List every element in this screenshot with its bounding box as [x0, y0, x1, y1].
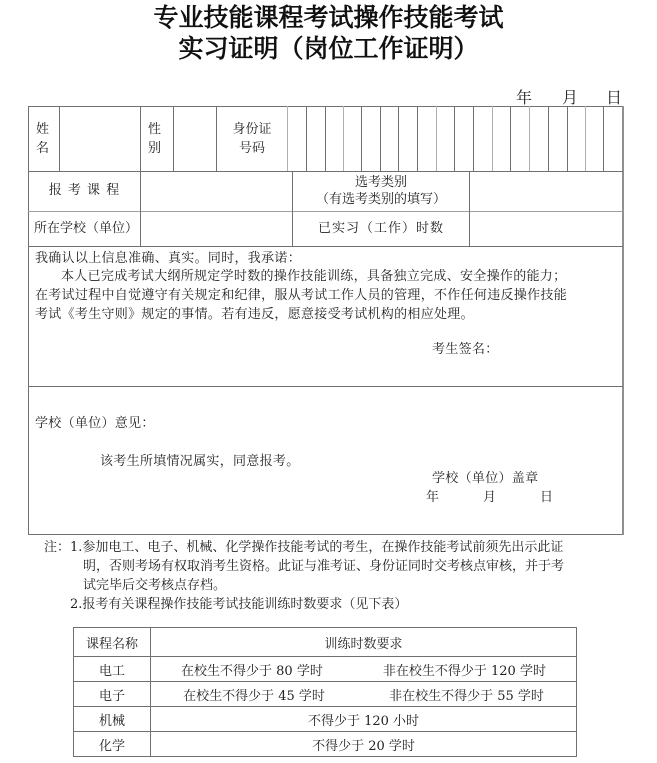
id-cell-divider: [343, 106, 344, 171]
hours-label: 已实习（工作）时数: [293, 220, 469, 238]
id-cell-divider: [398, 106, 399, 171]
course-label: 报 考 课 程: [29, 182, 140, 200]
document-title-line-1: 专业技能课程考试操作技能考试: [0, 2, 657, 34]
id-cell-divider: [380, 106, 381, 171]
col-divider: [469, 171, 470, 246]
elective-label-2: （有选考类别的填写）: [293, 191, 469, 209]
header-course-name: 课程名称: [74, 628, 151, 657]
table-header-row: 课程名称 训练时数要求: [74, 628, 577, 657]
name-field[interactable]: [61, 108, 139, 170]
gender-label-1: 性: [148, 121, 161, 139]
id-cell-divider: [567, 106, 568, 171]
table-row: 化学 不得少于 20 学时: [74, 732, 577, 757]
row-divider-3: [28, 246, 623, 247]
note-2: 2.报考有关课程操作技能考试技能训练时数要求（见下表）: [70, 595, 407, 614]
note-1-line-3: 试完毕后交考核点存档。: [83, 576, 226, 595]
school-label: 所在学校（单位）: [34, 220, 140, 238]
col-divider: [173, 106, 174, 171]
id-cell-divider: [548, 106, 549, 171]
non-school-requirement: 非在校生不得少于 120 学时: [383, 660, 546, 679]
col-divider: [140, 106, 141, 246]
gender-field[interactable]: [175, 108, 215, 170]
id-cell-divider: [454, 106, 455, 171]
id-cell-divider: [603, 106, 604, 171]
in-school-requirement: 在校生不得少于 80 学时: [181, 660, 323, 679]
name-label-2: 名: [36, 140, 52, 158]
hours-cell: 不得少于 120 小时: [151, 707, 577, 732]
gender-label-2: 别: [148, 140, 161, 158]
row-divider-2: [28, 211, 623, 212]
date-month-label: 月: [562, 85, 578, 108]
school-date-day: 日: [540, 488, 553, 507]
course-cell: 化学: [74, 732, 151, 757]
school-opinion-label: 学校（单位）意见：: [35, 414, 155, 433]
id-label-1: 身份证: [217, 121, 287, 139]
school-date-year: 年: [426, 488, 439, 507]
document-title-line-2: 实习证明（岗位工作证明）: [0, 33, 657, 65]
id-cell-divider: [510, 106, 511, 171]
date-year-label: 年: [516, 85, 532, 108]
in-school-requirement: 在校生不得少于 45 学时: [183, 685, 325, 704]
hours-cell: 在校生不得少于 45 学时 非在校生不得少于 55 学时: [151, 682, 577, 707]
id-label-2: 号码: [217, 140, 287, 158]
hours-field[interactable]: [471, 213, 621, 245]
table-row: 机械 不得少于 120 小时: [74, 707, 577, 732]
non-school-requirement: 非在校生不得少于 55 学时: [389, 685, 544, 704]
pledge-line-2: 本人已完成考试大纲所规定学时数的操作技能训练，具备独立完成、安全操作的能力；: [61, 267, 621, 286]
name-label-1: 姓: [36, 121, 52, 139]
course-field[interactable]: [142, 173, 291, 210]
row-divider-4: [28, 386, 623, 387]
school-opinion-statement: 该考生所填情况属实，同意报考。: [100, 452, 300, 471]
id-cell-divider: [361, 106, 362, 171]
id-cell-divider: [306, 106, 307, 171]
course-cell: 电子: [74, 682, 151, 707]
row-divider-1: [28, 171, 623, 172]
notes-prefix: 注：: [44, 538, 70, 557]
course-cell: 电工: [74, 657, 151, 682]
col-divider: [59, 106, 60, 171]
school-stamp-label: 学校（单位）盖章: [432, 469, 538, 488]
training-hours-table: 课程名称 训练时数要求 电工 在校生不得少于 80 学时 非在校生不得少于 12…: [73, 627, 577, 757]
hours-cell: 不得少于 20 学时: [151, 732, 577, 757]
hours-cell: 在校生不得少于 80 学时 非在校生不得少于 120 学时: [151, 657, 577, 682]
note-1-line-2: 明，否则考场有权取消考生资格。此证与准考证、身份证同时交考核点审核，并于考: [83, 557, 633, 576]
col-divider: [287, 106, 288, 171]
table-border-bottom: [28, 534, 623, 535]
pledge-line-4: 考试《考生守则》规定的事情。若有违反，愿意接受考试机构的相应处理。: [35, 305, 620, 324]
id-cell-divider: [585, 106, 586, 171]
id-cell-divider: [473, 106, 474, 171]
note-1-line-1: 1.参加电工、电子、机械、化学操作技能考试的考生，在操作技能考试前须先出示此证: [70, 538, 630, 557]
student-signature-field[interactable]: [500, 336, 615, 360]
pledge-line-1: 我确认以上信息准确、真实。同时，我承诺：: [35, 249, 620, 268]
table-row: 电子 在校生不得少于 45 学时 非在校生不得少于 55 学时: [74, 682, 577, 707]
id-cell-divider: [325, 106, 326, 171]
header-training-hours: 训练时数要求: [151, 628, 577, 657]
date-day-label: 日: [606, 85, 622, 108]
id-cell-divider: [436, 106, 437, 171]
elective-label-1: 选考类别: [293, 174, 469, 192]
pledge-line-3: 在考试过程中自觉遵守有关规定和纪律，服从考试工作人员的管理，不作任何违反操作技能: [35, 286, 625, 305]
id-cell-divider: [529, 106, 530, 171]
school-date-month: 月: [483, 488, 496, 507]
elective-field[interactable]: [471, 173, 621, 210]
id-cell-divider: [492, 106, 493, 171]
table-row: 电工 在校生不得少于 80 学时 非在校生不得少于 120 学时: [74, 657, 577, 682]
course-cell: 机械: [74, 707, 151, 732]
school-field[interactable]: [142, 213, 291, 245]
id-cell-divider: [417, 106, 418, 171]
student-signature-label: 考生签名：: [432, 340, 499, 359]
